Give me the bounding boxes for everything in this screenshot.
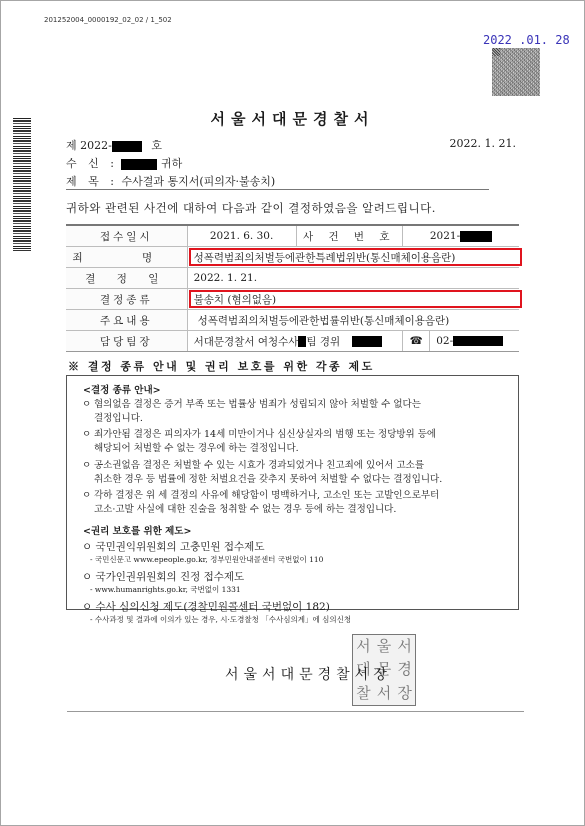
- subject-row: 제 목 : 수사결과 통지서(피의자·불송치): [66, 173, 275, 189]
- barcode-icon: [13, 118, 31, 251]
- decision-type-text: 불송치 (혐의없음): [194, 294, 277, 306]
- redacted-block: [121, 159, 157, 170]
- table-row: 죄 명 성폭력범죄의처벌등에관한특례법위반(통신매체이용음란): [66, 247, 519, 268]
- phone-prefix: 02-: [436, 335, 453, 347]
- officer-label: 담당팀장: [66, 331, 187, 352]
- document-number: 제 2022- 호: [66, 137, 162, 153]
- rights-title: 수사 심의신청 제도(경찰민원콜센터 국번없이 182): [96, 601, 330, 613]
- doc-number-suffix: 호: [151, 139, 162, 152]
- officer-prefix: 서대문경찰서 여청수사: [194, 336, 299, 348]
- seal-char: 장: [394, 682, 415, 705]
- recipient-label: 수 신 :: [66, 155, 118, 171]
- notice-title: ※ 결정 종류 안내 및 권리 보호를 위한 각종 제도: [68, 358, 375, 374]
- seal-char: 서: [374, 682, 395, 705]
- guide-line: 해당되어 처벌할 수 없는 경우에 하는 결정입니다.: [82, 442, 512, 456]
- received-date-stamp: 2022 .01. 28: [483, 33, 570, 47]
- decision-guide-item: ㅇ각하 결정은 위 세 결정의 사유에 해당함이 명백하거나, 고소인 또는 고…: [82, 489, 512, 517]
- recipient-suffix: 귀하: [161, 157, 182, 170]
- rights-heading: <권리 보호를 위한 제도>: [83, 523, 191, 537]
- issuer-title: 서울서대문경찰서: [0, 108, 585, 129]
- decision-date-value: 2022. 1. 21.: [187, 268, 519, 289]
- rights-item: ㅇ 국민권익위원회의 고충민원 접수제도: [82, 539, 264, 554]
- receipt-date-label: 접수일시: [66, 225, 187, 247]
- rights-sub: - www.humanrights.go.kr, 국번없이 1331: [90, 584, 241, 595]
- bullet-icon: ㅇ: [82, 459, 94, 473]
- bullet-icon: ㅇ: [82, 428, 94, 442]
- case-number-value: 2021-: [403, 225, 520, 247]
- case-number-label: 사 건 번 호: [296, 225, 402, 247]
- bullet-icon: ㅇ: [82, 541, 92, 553]
- footer-divider: [67, 711, 524, 712]
- rights-title: 국민권익위원회의 고충민원 접수제도: [96, 541, 265, 553]
- table-row: 결정종류 불송치 (혐의없음): [66, 289, 519, 310]
- guide-line: 죄가안됨 결정은 피의자가 14세 미만이거나 심신상실자의 범행 또는 정당방…: [94, 429, 436, 440]
- table-row: 결 정 일 2022. 1. 21.: [66, 268, 519, 289]
- bullet-icon: ㅇ: [82, 601, 92, 613]
- table-row: 주요내용 성폭력범죄의처벌등에관한법률위반(통신매체이용음란): [66, 310, 519, 331]
- charge-value: 성폭력범죄의처벌등에관한특례법위반(통신매체이용음란): [187, 247, 519, 268]
- subject-text: 수사결과 통지서(피의자·불송치): [121, 175, 275, 188]
- redacted-block: [352, 336, 382, 347]
- guide-line: 고소·고발 사실에 대한 진술을 청취할 수 없는 경우 등에 하는 결정입니다…: [82, 503, 512, 517]
- receipt-date-value: 2021. 6. 30.: [187, 225, 296, 247]
- redacted-block: [460, 231, 492, 242]
- rights-item: ㅇ 국가인권위원회의 진정 접수제도: [82, 569, 244, 584]
- redacted-block: [453, 336, 503, 346]
- decision-date-label: 결 정 일: [66, 268, 187, 289]
- redacted-block: [112, 141, 142, 152]
- rights-item: ㅇ 수사 심의신청 제도(경찰민원콜센터 국번없이 182): [82, 599, 330, 614]
- rights-title: 국가인권위원회의 진정 접수제도: [96, 571, 245, 583]
- seal-char: 경: [394, 658, 415, 681]
- seal-char: 서: [394, 635, 415, 658]
- decision-guide-item: ㅇ죄가안됨 결정은 피의자가 14세 미만이거나 심신상실자의 범행 또는 정당…: [82, 428, 512, 456]
- seal-char: 울: [374, 635, 395, 658]
- bullet-icon: ㅇ: [82, 571, 92, 583]
- officer-value: 서대문경찰서 여청수사팀 경위: [187, 331, 402, 352]
- charge-label: 죄 명: [66, 247, 187, 268]
- guide-line: 취소한 경우 등 법률에 정한 처벌요건을 갖추지 못하여 처벌할 수 없다는 …: [82, 473, 512, 487]
- seal-char: 찰: [353, 682, 374, 705]
- case-info-table: 접수일시 2021. 6. 30. 사 건 번 호 2021- 죄 명 성폭력범…: [66, 224, 519, 352]
- guide-line: 공소권없음 결정은 처벌할 수 있는 시효가 경과되었거나 친고죄에 있어서 고…: [94, 460, 424, 471]
- decision-guide-item: ㅇ혐의없음 결정은 증거 부족 또는 법률상 범죄가 성립되지 않아 처벌할 수…: [82, 398, 512, 426]
- guide-line: 결정입니다.: [82, 412, 512, 426]
- header-divider: [66, 189, 489, 190]
- seal-char: 서: [353, 635, 374, 658]
- doc-number-prefix: 제 2022-: [66, 139, 112, 152]
- bullet-icon: ㅇ: [82, 489, 94, 503]
- recipient-row: 수 신 : 귀하: [66, 155, 182, 171]
- summary-value: 성폭력범죄의처벌등에관한법률위반(통신매체이용음란): [187, 310, 519, 331]
- issue-date: 2022. 1. 21.: [450, 137, 516, 150]
- intro-text: 귀하와 관련된 사건에 대하여 다음과 같이 결정하였음을 알려드립니다.: [66, 200, 436, 216]
- bullet-icon: ㅇ: [82, 398, 94, 412]
- guide-line: 각하 결정은 위 세 결정의 사유에 해당함이 명백하거나, 고소인 또는 고발…: [94, 490, 439, 501]
- subject-label: 제 목 :: [66, 173, 118, 189]
- decision-type-value: 불송치 (혐의없음): [187, 289, 519, 310]
- case-number-prefix: 2021-: [430, 230, 460, 242]
- decision-type-label: 결정종류: [66, 289, 187, 310]
- qr-code-icon: [492, 48, 540, 96]
- charge-text: 성폭력범죄의처벌등에관한특례법위반(통신매체이용음란): [194, 252, 456, 264]
- summary-label: 주요내용: [66, 310, 187, 331]
- phone-value: 02-: [430, 331, 519, 352]
- rights-sub: - 수사과정 및 결과에 이의가 있는 경우, 시·도경찰청 「수사심의계」에 …: [90, 614, 351, 625]
- signer-name: 서울서대문경찰서장: [225, 664, 392, 684]
- phone-icon: ☎: [403, 331, 430, 352]
- decision-guide-item: ㅇ공소권없음 결정은 처벌할 수 있는 시효가 경과되었거나 친고죄에 있어서 …: [82, 459, 512, 487]
- rights-sub: - 국민신문고 www.epeople.go.kr, 정부민원안내콜센터 국번없…: [90, 554, 323, 565]
- guide-line: 혐의없음 결정은 증거 부족 또는 법률상 범죄가 성립되지 않아 처벌할 수 …: [94, 399, 421, 410]
- decision-guide-heading: <결정 종류 안내>: [83, 382, 161, 396]
- scan-document-id: 201252004_0000192_02_02 / 1_502: [44, 16, 172, 24]
- table-row: 담당팀장 서대문경찰서 여청수사팀 경위 ☎ 02-: [66, 331, 519, 352]
- officer-mid: 팀 경위: [306, 336, 340, 348]
- table-row: 접수일시 2021. 6. 30. 사 건 번 호 2021-: [66, 225, 519, 247]
